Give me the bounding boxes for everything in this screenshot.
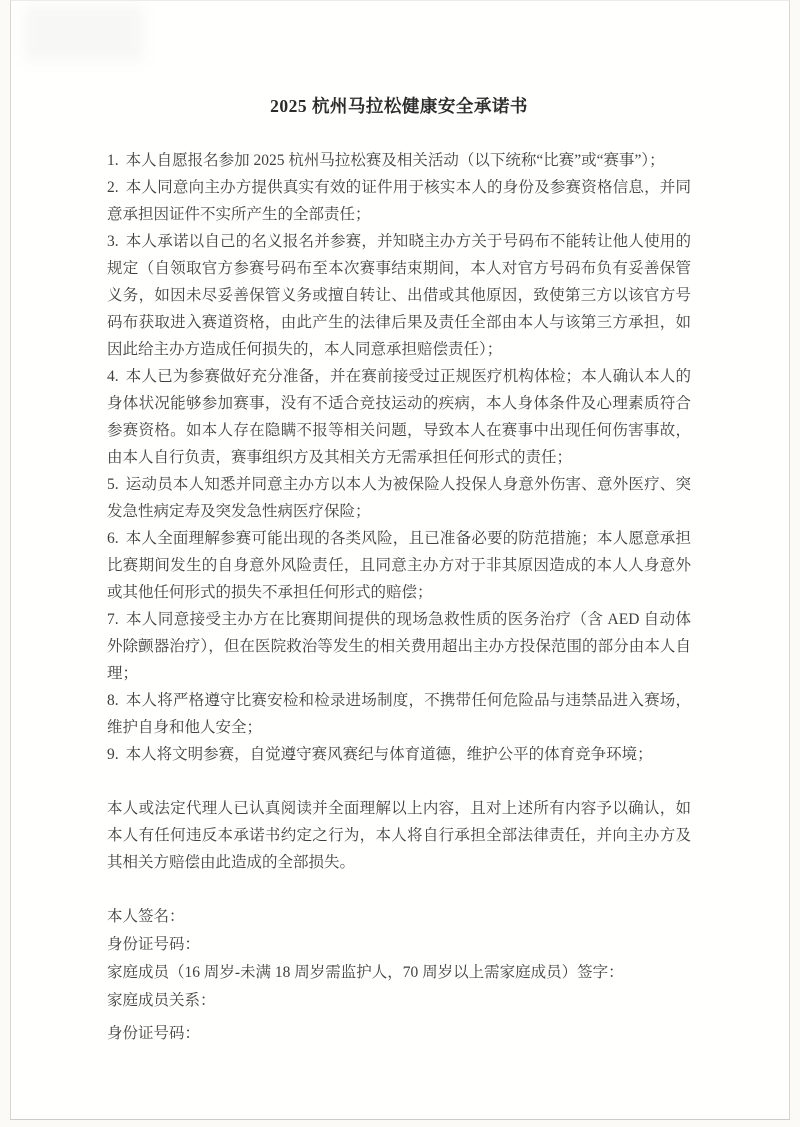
clause-8-number: 8.	[107, 692, 119, 709]
clause-4-number: 4.	[107, 368, 119, 385]
signer-name-label: 本人签名：	[107, 903, 691, 931]
screenshot-canvas: 2025 杭州马拉松健康安全承诺书 1.本人自愿报名参加 2025 杭州马拉松赛…	[0, 0, 800, 1127]
clause-3-number: 3.	[107, 233, 119, 250]
clause-1-number: 1.	[107, 152, 119, 169]
clause-7-text: 本人同意接受主办方在比赛期间提供的现场急救性质的医务治疗（含 AED 自动体外除…	[107, 611, 691, 682]
clause-4-text: 本人已为参赛做好充分准备，并在赛前接受过正规医疗机构体检；本人确认本人的身体状况…	[107, 368, 691, 466]
clause-2-number: 2.	[107, 179, 119, 196]
signer-id-label: 身份证号码：	[107, 931, 691, 959]
clause-9-text: 本人将文明参赛，自觉遵守赛风赛纪与体育道德，维护公平的体育竞争环境；	[126, 746, 653, 763]
clause-5-text: 运动员本人知悉并同意主办方以本人为被保险人投保人身意外伤害、意外医疗、突发急性病…	[107, 476, 691, 520]
clause-8-text: 本人将严格遵守比赛安检和检录进场制度，不携带任何危险品与违禁品进入赛场，维护自身…	[107, 692, 691, 736]
document-page: 2025 杭州马拉松健康安全承诺书 1.本人自愿报名参加 2025 杭州马拉松赛…	[10, 0, 790, 1120]
closing-paragraph: 本人或法定代理人已认真阅读并全面理解以上内容，且对上述所有内容予以确认，如本人有…	[107, 795, 691, 876]
clause-4: 4.本人已为参赛做好充分准备，并在赛前接受过正规医疗机构体检；本人确认本人的身体…	[107, 363, 691, 471]
document-content: 2025 杭州马拉松健康安全承诺书 1.本人自愿报名参加 2025 杭州马拉松赛…	[11, 1, 789, 1048]
family-member-sign-label: 家庭成员（16 周岁-未满 18 周岁需监护人，70 周岁以上需家庭成员）签字：	[107, 959, 691, 987]
clause-5: 5.运动员本人知悉并同意主办方以本人为被保险人投保人身意外伤害、意外医疗、突发急…	[107, 471, 691, 525]
family-relation-label: 家庭成员关系：	[107, 987, 691, 1015]
signature-block: 本人签名： 身份证号码： 家庭成员（16 周岁-未满 18 周岁需监护人，70 …	[107, 903, 691, 1048]
clause-2: 2.本人同意向主办方提供真实有效的证件用于核实本人的身份及参赛资格信息，并同意承…	[107, 174, 691, 228]
clause-6-text: 本人全面理解参赛可能出现的各类风险，且已准备必要的防范措施；本人愿意承担比赛期间…	[107, 530, 691, 601]
clause-1: 1.本人自愿报名参加 2025 杭州马拉松赛及相关活动（以下统称“比赛”或“赛事…	[107, 147, 691, 174]
clause-7: 7.本人同意接受主办方在比赛期间提供的现场急救性质的医务治疗（含 AED 自动体…	[107, 606, 691, 687]
clause-9-number: 9.	[107, 746, 119, 763]
clause-6: 6.本人全面理解参赛可能出现的各类风险，且已准备必要的防范措施；本人愿意承担比赛…	[107, 525, 691, 606]
clause-1-text: 本人自愿报名参加 2025 杭州马拉松赛及相关活动（以下统称“比赛”或“赛事”）…	[126, 152, 665, 169]
document-title: 2025 杭州马拉松健康安全承诺书	[107, 93, 691, 119]
clause-2-text: 本人同意向主办方提供真实有效的证件用于核实本人的身份及参赛资格信息，并同意承担因…	[107, 179, 691, 223]
clause-3: 3.本人承诺以自己的名义报名并参赛，并知晓主办方关于号码布不能转让他人使用的规定…	[107, 228, 691, 363]
clause-6-number: 6.	[107, 530, 119, 547]
clause-9: 9.本人将文明参赛，自觉遵守赛风赛纪与体育道德，维护公平的体育竞争环境；	[107, 741, 691, 768]
family-id-label: 身份证号码：	[107, 1020, 691, 1048]
clause-3-text: 本人承诺以自己的名义报名并参赛，并知晓主办方关于号码布不能转让他人使用的规定（自…	[107, 233, 691, 358]
clause-5-number: 5.	[107, 476, 119, 493]
clause-8: 8.本人将严格遵守比赛安检和检录进场制度，不携带任何危险品与违禁品进入赛场，维护…	[107, 687, 691, 741]
clause-7-number: 7.	[107, 611, 119, 628]
